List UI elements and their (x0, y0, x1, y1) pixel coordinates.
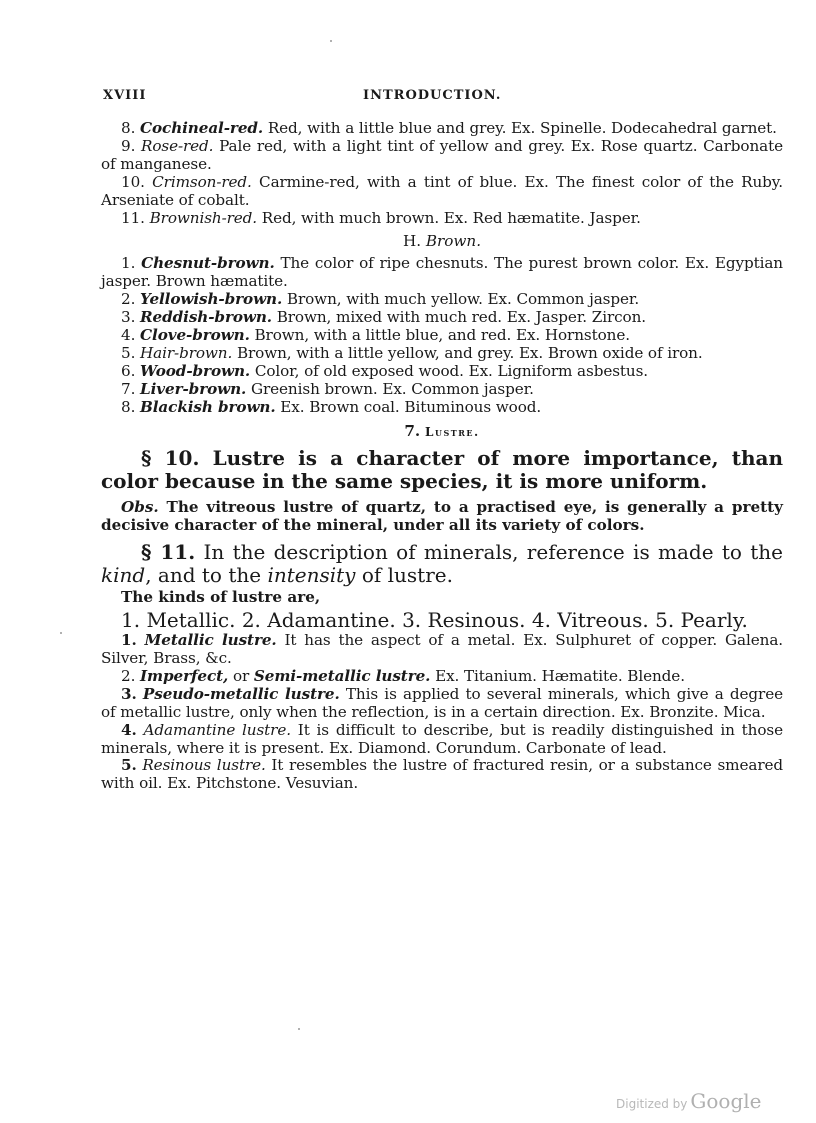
page-header: XVIII INTRODUCTION. (101, 88, 783, 106)
page-number: XVIII (103, 88, 146, 103)
google-logo: Google (690, 1089, 761, 1113)
entry-term: Cochineal-red. (140, 119, 263, 137)
entry-metallic-lustre: 1. Metallic lustre. It has the aspect of… (101, 632, 783, 668)
entry-semi-metallic-lustre: 2. Imperfect, or Semi-metallic lustre. E… (101, 668, 783, 686)
kinds-intro: The kinds of lustre are, (101, 589, 783, 607)
page-body: 8. Cochineal-red. Red, with a little blu… (101, 120, 783, 793)
scan-speck (298, 1028, 300, 1030)
subheading-lustre: 7. Lustre. (101, 423, 783, 442)
entry-liver-brown: 7. Liver-brown. Greenish brown. Ex. Comm… (101, 381, 783, 399)
entry-term: Hair-brown. (140, 344, 232, 362)
entry-cochineal-red: 8. Cochineal-red. Red, with a little blu… (101, 120, 783, 138)
entry-hair-brown: 5. Hair-brown. Brown, with a little yell… (101, 345, 783, 363)
section-mark: § 10. (141, 446, 199, 470)
entry-reddish-brown: 3. Reddish-brown. Brown, mixed with much… (101, 309, 783, 327)
entry-clove-brown: 4. Clove-brown. Brown, with a little blu… (101, 327, 783, 345)
obs-label: Obs. (121, 498, 159, 516)
entry-blackish-brown: 8. Blackish brown. Ex. Brown coal. Bitum… (101, 399, 783, 417)
entry-term: Metallic lustre. (145, 631, 277, 649)
entry-term: Yellowish-brown. (140, 290, 282, 308)
entry-pseudo-metallic-lustre: 3. Pseudo-metallic lustre. This is appli… (101, 686, 783, 722)
entry-brownish-red: 11. Brownish-red. Red, with much brown. … (101, 210, 783, 228)
entry-crimson-red: 10. Crimson-red. Carmine-red, with a tin… (101, 174, 783, 210)
entry-yellowish-brown: 2. Yellowish-brown. Brown, with much yel… (101, 291, 783, 309)
entry-term: Crimson-red. (152, 173, 252, 191)
scan-speck (60, 632, 62, 634)
subheading-brown: H. Brown. (101, 233, 783, 251)
entry-term: Blackish brown. (140, 398, 276, 416)
digitized-watermark: Digitized byGoogle (616, 1089, 762, 1113)
entry-adamantine-lustre: 4. Adamantine lustre. It is difficult to… (101, 722, 783, 758)
kinds-list: 1. Metallic. 2. Adamantine. 3. Resinous.… (101, 609, 783, 632)
entry-term: Adamantine lustre. (144, 721, 291, 739)
entry-term: Pseudo-metallic lustre. (143, 685, 340, 703)
entry-term: Brownish-red. (150, 209, 257, 227)
section-10: § 10. Lustre is a character of more impo… (101, 447, 783, 493)
observation: Obs. The vitreous lustre of quartz, to a… (101, 499, 783, 535)
section-mark: § 11. (141, 540, 195, 564)
entry-term: Rose-red. (141, 137, 213, 155)
entry-chesnut-brown: 1. Chesnut-brown. The color of ripe ches… (101, 255, 783, 291)
entry-resinous-lustre: 5. Resinous lustre. It resembles the lus… (101, 757, 783, 793)
entry-term: Wood-brown. (140, 362, 250, 380)
entry-term: Resinous lustre. (142, 756, 265, 774)
entry-term: Chesnut-brown. (141, 254, 275, 272)
running-title: INTRODUCTION. (363, 88, 501, 103)
entry-term: Clove-brown. (140, 326, 250, 344)
entry-term: Imperfect, (140, 667, 228, 685)
section-11: § 11. In the description of minerals, re… (101, 541, 783, 587)
entry-wood-brown: 6. Wood-brown. Color, of old exposed woo… (101, 363, 783, 381)
scan-speck (330, 40, 332, 42)
entry-term: Semi-metallic lustre. (254, 667, 430, 685)
entry-rose-red: 9. Rose-red. Pale red, with a light tint… (101, 138, 783, 174)
entry-term: Liver-brown. (140, 380, 246, 398)
entry-term: Reddish-brown. (140, 308, 272, 326)
